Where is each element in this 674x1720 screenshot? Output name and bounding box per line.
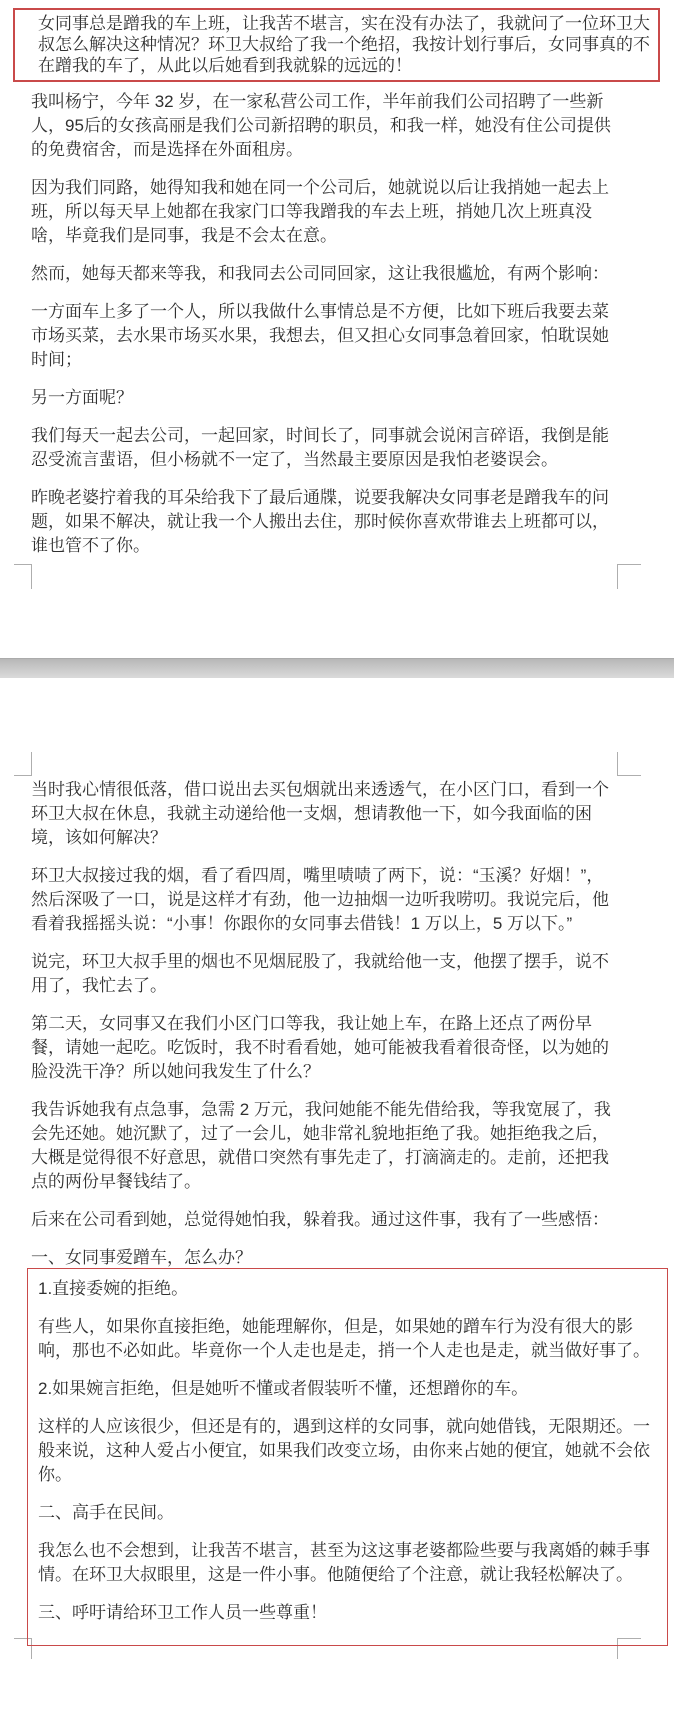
paragraph: 当时我心情很低落，借口说出去买包烟就出来透透气，在小区门口，看到一个环卫大叔在休… xyxy=(31,778,619,850)
page-margin-mark xyxy=(617,564,641,589)
paragraph: 说完，环卫大叔手里的烟也不见烟屁股了，我就给他一支，他摆了摆手，说不用了，我忙去… xyxy=(31,950,619,998)
document-page-2: 当时我心情很低落，借口说出去买包烟就出来透透气，在小区门口，看到一个环卫大叔在休… xyxy=(0,678,674,1720)
paragraph: 因为我们同路，她得知我和她在同一个公司后，她就说以后让我捎她一起去上班，所以每天… xyxy=(31,176,619,248)
advice-highlight-box: 1.直接委婉的拒绝。 有些人，如果你直接拒绝，她能理解你，但是，如果她的蹭车行为… xyxy=(27,1268,668,1646)
paragraph: 我怎么也不会想到，让我苦不堪言，甚至为这这事老婆都险些要与我离婚的棘手事情。在环… xyxy=(38,1539,653,1587)
paragraph: 一方面车上多了一个人，所以我做什么事情总是不方便，比如下班后我要去菜市场买菜，去… xyxy=(31,300,619,372)
document-page-1: 女同事总是蹭我的车上班，让我苦不堪言，实在没有办法了，我就问了一位环卫大叔怎么解… xyxy=(0,0,674,658)
paragraph: 1.直接委婉的拒绝。 xyxy=(38,1277,653,1301)
page-2-body: 当时我心情很低落，借口说出去买包烟就出来透透气，在小区门口，看到一个环卫大叔在休… xyxy=(31,778,619,1284)
paragraph: 环卫大叔接过我的烟，看了看四周，嘴里啧啧了两下，说：“玉溪？好烟！”，然后深吸了… xyxy=(31,864,619,936)
page-margin-mark xyxy=(617,752,641,776)
paragraph: 然而，她每天都来等我，和我同去公司同回家，这让我很尴尬，有两个影响： xyxy=(31,262,619,286)
page-break-divider xyxy=(0,658,674,678)
paragraph: 一、女同事爱蹭车，怎么办？ xyxy=(31,1246,619,1270)
paragraph: 2.如果婉言拒绝，但是她听不懂或者假装听不懂，还想蹭你的车。 xyxy=(38,1377,653,1401)
page-1-body: 我叫杨宁，今年 32 岁，在一家私营公司工作，半年前我们公司招聘了一些新人，95… xyxy=(31,90,619,572)
paragraph: 二、高手在民间。 xyxy=(38,1501,653,1525)
paragraph: 昨晚老婆拧着我的耳朵给我下了最后通牒，说要我解决女同事老是蹭我车的问题，如果不解… xyxy=(31,486,619,558)
paragraph: 第二天，女同事又在我们小区门口等我，我让她上车，在路上还点了两份早餐，请她一起吃… xyxy=(31,1012,619,1084)
page-margin-mark xyxy=(14,564,32,589)
intro-highlight-box: 女同事总是蹭我的车上班，让我苦不堪言，实在没有办法了，我就问了一位环卫大叔怎么解… xyxy=(13,8,660,82)
paragraph: 有些人，如果你直接拒绝，她能理解你，但是，如果她的蹭车行为没有很大的影响，那也不… xyxy=(38,1315,653,1363)
paragraph: 我们每天一起去公司，一起回家，时间长了，同事就会说闲言碎语，我倒是能忍受流言蜚语… xyxy=(31,424,619,472)
paragraph: 后来在公司看到她，总觉得她怕我，躲着我。通过这件事，我有了一些感悟： xyxy=(31,1208,619,1232)
intro-text: 女同事总是蹭我的车上班，让我苦不堪言，实在没有办法了，我就问了一位环卫大叔怎么解… xyxy=(38,14,650,75)
paragraph: 我告诉她我有点急事，急需 2 万元，我问她能不能先借给我，等我宽展了，我会先还她… xyxy=(31,1098,619,1194)
paragraph: 三、呼吁请给环卫工作人员一些尊重！ xyxy=(38,1601,653,1625)
page-margin-mark xyxy=(14,752,32,776)
paragraph: 另一方面呢？ xyxy=(31,386,619,410)
paragraph: 这样的人应该很少，但还是有的，遇到这样的女同事，就向她借钱，无限期还。一般来说，… xyxy=(38,1415,653,1487)
paragraph: 我叫杨宁，今年 32 岁，在一家私营公司工作，半年前我们公司招聘了一些新人，95… xyxy=(31,90,619,162)
article-screenshot: 女同事总是蹭我的车上班，让我苦不堪言，实在没有办法了，我就问了一位环卫大叔怎么解… xyxy=(0,0,674,1720)
